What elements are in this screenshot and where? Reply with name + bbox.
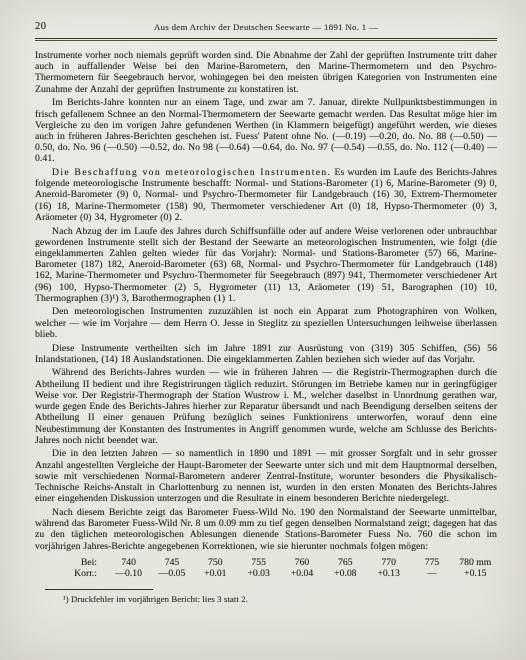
pressure-value: 780 mm: [454, 557, 497, 569]
correction-value: +0.13: [367, 568, 410, 580]
pressure-value: 755: [237, 557, 280, 569]
paragraph: Im Berichts-Jahre konnten nur an einem T…: [35, 97, 497, 164]
paragraph: Während des Berichts-Jahres wurden — wie…: [35, 367, 497, 445]
running-header: 20 Aus dem Archiv der Deutschen Seewarte…: [35, 20, 497, 34]
pressure-value: 765: [324, 557, 367, 569]
correction-value: —: [410, 568, 453, 580]
correction-value: +0.08: [324, 568, 367, 580]
scanned-page: 20 Aus dem Archiv der Deutschen Seewarte…: [0, 0, 526, 660]
paragraph: Die Beschaffung von meteorologischen Ins…: [35, 167, 497, 223]
correction-value: —0.05: [150, 568, 193, 580]
paragraph-lead: Die Beschaffung von meteorologischen Ins…: [52, 167, 331, 178]
pressure-value: 760: [280, 557, 323, 569]
paragraph: Den meteorologischen Instrumenten zuzuzä…: [35, 306, 497, 340]
pressure-value: 740: [107, 557, 150, 569]
running-title: Aus dem Archiv der Deutschen Seewarte — …: [35, 22, 497, 32]
pressure-value: 775: [410, 557, 453, 569]
paragraph-text: Im Berichts-Jahre konnten nur an einem T…: [35, 97, 497, 164]
pressure-value: 750: [194, 557, 237, 569]
correction-value: +0.03: [237, 568, 280, 580]
footnote: ¹) Druckfehler im vorjährigen Bericht: l…: [35, 594, 497, 604]
paragraph: Instrumente vorher noch niemals geprüft …: [35, 50, 497, 95]
paragraph-text: Den meteorologischen Instrumenten zuzuzä…: [35, 306, 497, 339]
paragraph-text: Nach diesem Berichte zeigt das Barometer…: [35, 507, 497, 552]
paragraph-text: Die in den letzten Jahren — so namentlic…: [35, 448, 497, 504]
paragraph: Diese Instrumente vertheilten sich im Ja…: [35, 343, 497, 365]
correction-value: +0.01: [194, 568, 237, 580]
page-body: Instrumente vorher noch niemals geprüft …: [35, 50, 497, 552]
paragraph-text: Instrumente vorher noch niemals geprüft …: [35, 50, 497, 95]
correction-value: +0.15: [454, 568, 497, 580]
paragraph: Nach diesem Berichte zeigt das Barometer…: [35, 507, 497, 552]
paragraph: Nach Abzug der im Laufe des Jahres durch…: [35, 226, 497, 304]
paragraph: Die in den letzten Jahren — so namentlic…: [35, 448, 497, 504]
pressure-value: 745: [150, 557, 193, 569]
table-row-label: Korr.:: [35, 568, 107, 580]
header-divider: [35, 38, 497, 41]
footnote-divider: [45, 589, 153, 590]
paragraph-text: Diese Instrumente vertheilten sich im Ja…: [35, 343, 497, 365]
pressure-value: 770: [367, 557, 410, 569]
correction-table: Bei: 740 745 750 755 760 765 770 775 780…: [35, 557, 497, 580]
correction-value: +0.04: [280, 568, 323, 580]
correction-value: —0.10: [107, 568, 150, 580]
paragraph-text: Während des Berichts-Jahres wurden — wie…: [35, 367, 497, 445]
paragraph-text: Nach Abzug der im Laufe des Jahres durch…: [35, 226, 497, 304]
table-row-label: Bei:: [35, 557, 107, 569]
